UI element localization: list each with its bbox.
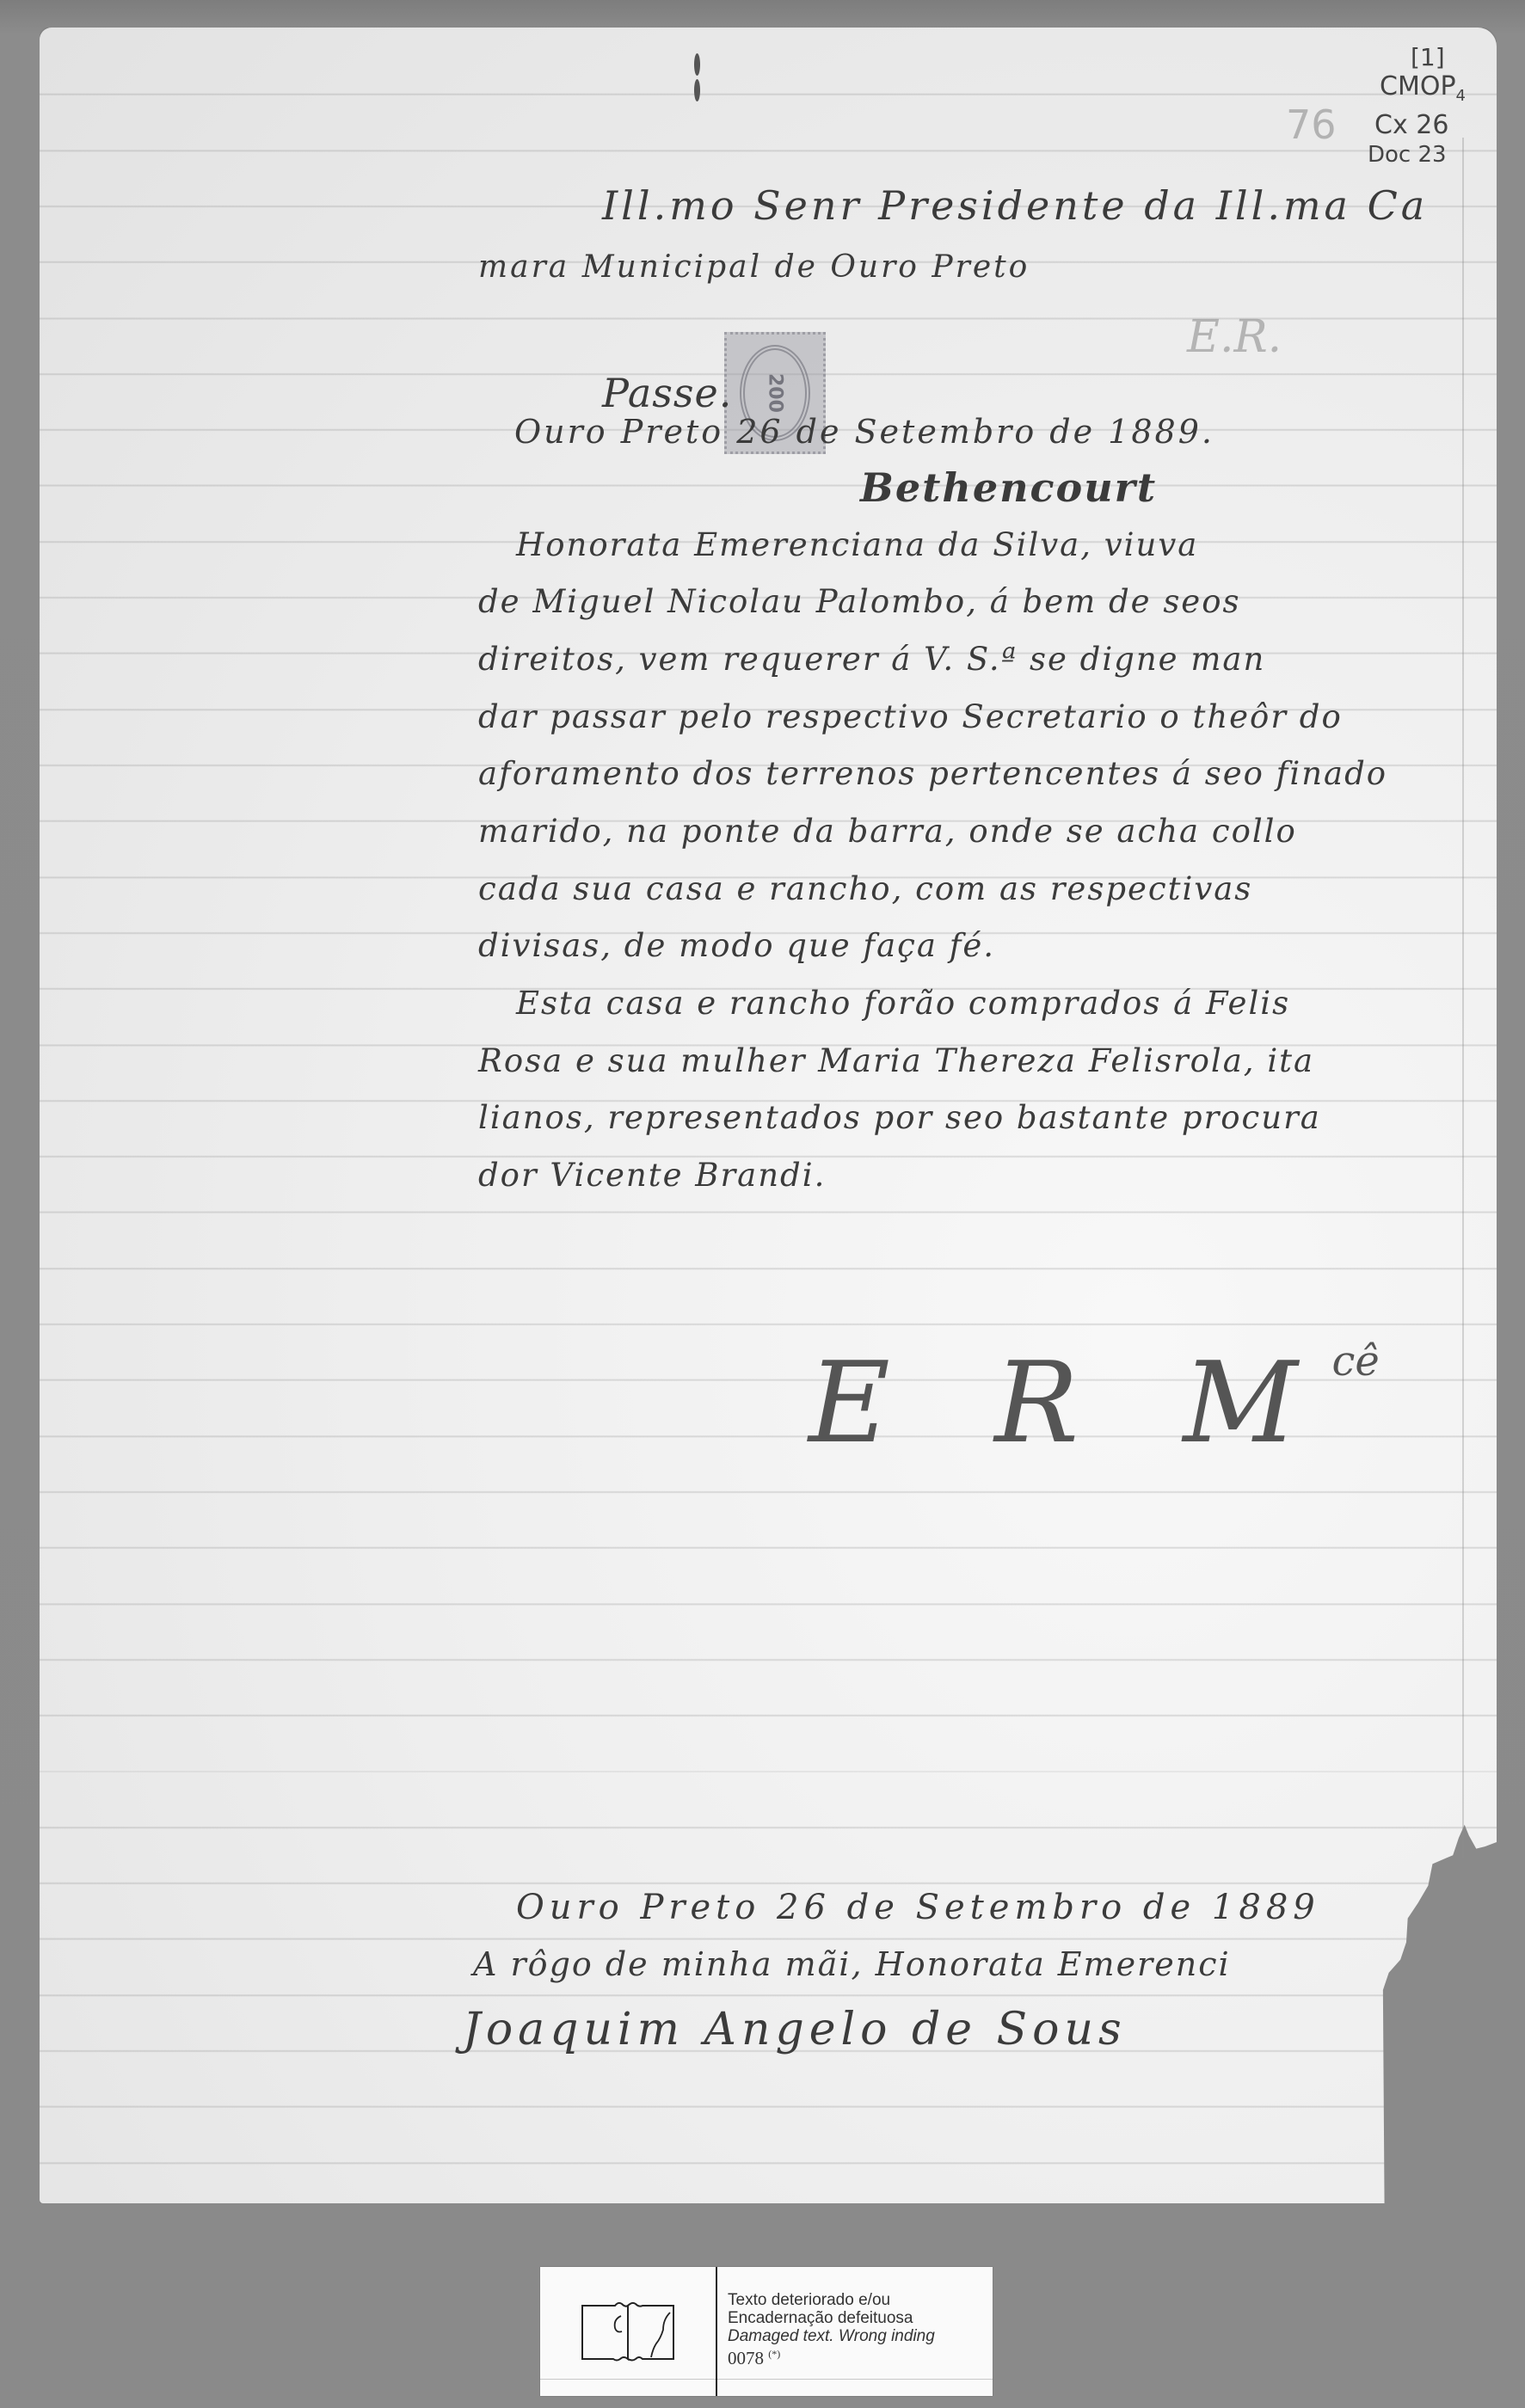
archive-reference: [1] CMOP4 Cx 26 Doc 23: [1368, 43, 1466, 169]
body-line: Rosa e sua mulher Maria Thereza Felisrol…: [478, 1042, 1314, 1079]
closing-signatory: Joaquim Angelo de Sous: [463, 2004, 1127, 2055]
archive-ref-box: Cx 26: [1368, 111, 1466, 140]
dispatch-order: Passe.: [602, 370, 732, 416]
body-line: dar passar pelo respectivo Secretario o …: [478, 698, 1343, 735]
ink-blot-marks: [694, 53, 703, 107]
pencil-folio-number: 76: [1286, 101, 1337, 148]
label-divider: [540, 2379, 993, 2380]
body-line: de Miguel Nicolau Palombo, á bem de seos: [478, 583, 1240, 620]
address-line-2: mara Municipal de Ouro Preto: [478, 249, 1030, 285]
label-text: Texto deteriorado e/ou Encadernação defe…: [717, 2267, 993, 2396]
body-line: lianos, representados por seo bastante p…: [478, 1099, 1321, 1136]
label-code: 0078 (*): [728, 2345, 993, 2368]
closing-on-behalf: A rôgo de minha mãi, Honorata Emerenci: [473, 1945, 1231, 1983]
body-line: cada sua casa e rancho, com as respectiv…: [478, 870, 1252, 907]
archive-ref-item-number: [1]: [1368, 43, 1466, 72]
body-line: Honorata Emerenciana da Silva, viuva: [516, 526, 1198, 563]
label-line-en: Damaged text. Wrong inding: [728, 2327, 993, 2345]
body-line: marido, na ponte da barra, onde se acha …: [478, 813, 1297, 850]
closing-place-date: Ouro Preto 26 de Setembro de 1889: [516, 1888, 1320, 1927]
condition-label-card: Texto deteriorado e/ou Encadernação defe…: [540, 2267, 993, 2396]
damaged-book-icon: [581, 2299, 675, 2364]
label-icon-cell: [540, 2267, 717, 2396]
archive-ref-doc: Doc 23: [1368, 140, 1466, 169]
label-line-pt-2: Encadernação defeituosa: [728, 2309, 993, 2327]
body-line: divisas, de modo que faça fé.: [478, 927, 995, 964]
pencil-registration-mark: E.R.: [1187, 311, 1282, 363]
body-line: aforamento dos terrenos pertencentes á s…: [478, 755, 1387, 792]
dispatch-signature: Bethencourt: [860, 464, 1157, 511]
body-line: Esta casa e rancho forão comprados á Fel…: [516, 985, 1290, 1022]
paper-fold-line: [1462, 138, 1464, 1858]
dispatch-date: Ouro Preto 26 de Setembro de 1889.: [514, 413, 1214, 451]
label-line-pt-1: Texto deteriorado e/ou: [728, 2291, 993, 2309]
body-line: direitos, vem requerer á V. S.ª se digne…: [478, 641, 1265, 678]
body-line: dor Vicente Brandi.: [478, 1157, 826, 1194]
archive-ref-collection: CMOP4: [1368, 72, 1466, 111]
address-line-1: Ill.mo Senr Presidente da Ill.ma Ca: [602, 182, 1428, 229]
initials-monogram: E R Mcê: [809, 1337, 1380, 1468]
